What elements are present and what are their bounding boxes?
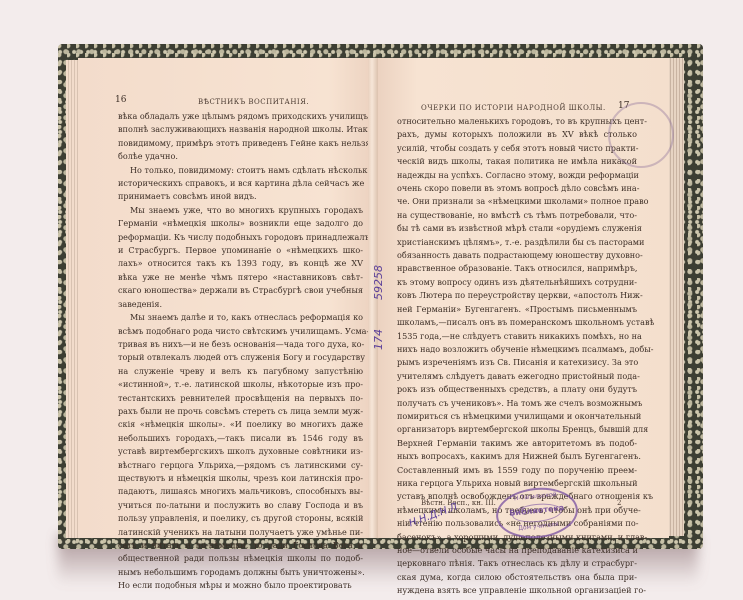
text-line: бы тѣ сами въ извѣстной мѣрѣ стали «оруд… bbox=[397, 222, 637, 235]
text-line: 1535 года,—не слѣдуетъ ставить никакихъ … bbox=[397, 330, 637, 343]
text-line: нравственное образованіе. Такъ относился… bbox=[397, 262, 637, 275]
text-line: уставѣ виртембергскихъ школъ духовные со… bbox=[118, 445, 363, 458]
text-line: обязанность давать подрастающему юношест… bbox=[397, 249, 637, 262]
text-line: Верхней Германіи такимъ же авторитетомъ … bbox=[397, 437, 637, 450]
text-line: на существованіе, но вмѣстѣ съ тѣмъ потр… bbox=[397, 209, 637, 222]
faint-round-stamp bbox=[608, 102, 674, 168]
text-line: повидимому, примѣръ этотъ приведенъ Гейн… bbox=[118, 137, 363, 150]
text-line: относительно маленькихъ городовъ, то въ … bbox=[397, 115, 637, 128]
text-line: реформаціи. Къ числу подобныхъ городовъ … bbox=[118, 231, 363, 244]
page-body-text: вѣка обладалъ уже цѣлымъ рядомъ приходск… bbox=[118, 110, 363, 593]
text-line: ская дума, когда силою обстоятельствъ он… bbox=[397, 571, 637, 584]
text-line: ника герцога Ульриха новый виртембергскі… bbox=[397, 477, 637, 490]
text-line: скаго юношества» держали въ Страсбургѣ с… bbox=[118, 284, 363, 297]
signature-number: 2 bbox=[617, 499, 621, 507]
text-line: всѣмъ подобнаго рода чисто свѣтскимъ учи… bbox=[118, 325, 363, 338]
text-line: нымъ небольшимъ городамъ должны быть уни… bbox=[118, 566, 363, 579]
text-line: церковнаго пѣнія. Такъ отнеслась къ дѣлу… bbox=[397, 557, 637, 570]
text-line: рахъ были не прочь совсѣмъ стереть съ ли… bbox=[118, 405, 363, 418]
text-line: сать и читать и по-нѣмецки, то ради Госп… bbox=[118, 539, 363, 552]
text-line: Но если подобныя мѣры и можно было проек… bbox=[118, 579, 363, 592]
text-line: вполнѣ заслуживающихъ названія народной … bbox=[118, 123, 363, 136]
text-line: общественной ради пользы нѣмецкія школы … bbox=[118, 552, 363, 565]
running-head: ВѢСТНИКЪ ВОСПИТАНІЯ. bbox=[198, 98, 309, 106]
text-line: учителямъ слѣдуетъ давать ежегодно прист… bbox=[397, 370, 637, 383]
text-line: скія «нѣмецкія школы». «И поелику во мно… bbox=[118, 418, 363, 431]
text-line: и Страсбургъ. Первое упоминаніе о «нѣмец… bbox=[118, 244, 363, 257]
text-line: ное—отвели особые часы на преподаваніе к… bbox=[397, 544, 637, 557]
text-line: тестантскихъ ревнителей просвѣщенія на п… bbox=[118, 392, 363, 405]
text-line: христіанскимъ цѣлямъ», т.-е. раздѣлили б… bbox=[397, 236, 637, 249]
text-line: рокъ изъ общественныхъ средствъ, а плату… bbox=[397, 383, 637, 396]
text-line: ныхъ вопросахъ, какимъ для Нижней былъ Б… bbox=[397, 450, 637, 463]
text-line: пользу управленія, и поелику, съ другой … bbox=[118, 512, 363, 525]
text-line: нуждена взять все управленіе школьной ор… bbox=[397, 584, 637, 597]
text-line: нихъ надо возложить обученіе нѣмецкимъ п… bbox=[397, 343, 637, 356]
text-line: ней Германіи» Бугенгагенъ. «Простымъ пис… bbox=[397, 303, 637, 316]
text-line: Германіи «нѣмецкія школы» возникли еще з… bbox=[118, 217, 363, 230]
text-line: лахъ» относится такъ къ 1393 году, въ ко… bbox=[118, 257, 363, 270]
text-line: ковъ Лютера по переустройству церкви, «а… bbox=[397, 289, 637, 302]
text-line: Мы знаемъ уже, что во многихъ крупныхъ г… bbox=[118, 204, 363, 217]
text-line: ществуютъ и нѣмецкія школы, чрезъ кои ла… bbox=[118, 472, 363, 485]
text-line: учиться по-латыни и послужить во славу Г… bbox=[118, 499, 363, 512]
text-line: Но только, повидимому: стоитъ намъ сдѣла… bbox=[118, 164, 363, 177]
margin-inventory-number: 59258 bbox=[372, 265, 385, 300]
text-line: рымъ изреченіямъ изъ Св. Писанія и катех… bbox=[397, 356, 637, 369]
text-line: заведенія. bbox=[118, 298, 363, 311]
text-line: латинскій ученикъ на латыни получаетъ уж… bbox=[118, 526, 363, 539]
text-line: «истинной», т.-е. латинской школы, нѣкот… bbox=[118, 378, 363, 391]
text-line: падаютъ, лишаясь многихъ мальчиковъ, спо… bbox=[118, 485, 363, 498]
text-line: тривая въ нихъ—и не безъ основанія—чада … bbox=[118, 338, 363, 351]
text-line: историческихъ справокъ, и вся картина дѣ… bbox=[118, 177, 363, 190]
text-line: принимаетъ совсѣмъ иной видъ. bbox=[118, 190, 363, 203]
text-line: на служеніе чреву и велъ къ пагубному за… bbox=[118, 365, 363, 378]
text-line: Составленный имъ въ 1559 году по поручен… bbox=[397, 464, 637, 477]
text-line: вѣстнаго герцога Ульриха,—рядомъ съ лати… bbox=[118, 459, 363, 472]
text-line: къ этому вопросу одинъ изъ дѣятельнѣйших… bbox=[397, 276, 637, 289]
margin-shelf-mark: 174 bbox=[372, 329, 385, 350]
text-line: очень скоро повели въ этомъ вопросѣ дѣло… bbox=[397, 182, 637, 195]
text-line: ческій видъ школы, такая политика не имѣ… bbox=[397, 155, 637, 168]
text-line: торый отвлекалъ людей отъ служенія Богу … bbox=[118, 351, 363, 364]
text-line: усилій, чтобы создать у себя этотъ новый… bbox=[397, 142, 637, 155]
text-line: надежды на успѣхъ. Согласно этому, вожди… bbox=[397, 169, 637, 182]
text-line: школамъ,—писалъ онъ въ померанскомъ школ… bbox=[397, 316, 637, 329]
page-number: 16 bbox=[115, 95, 126, 105]
text-line: вѣка уже не менѣе чѣмъ пятеро «наставник… bbox=[118, 271, 363, 284]
text-line: организаторъ виртембергской школы Бренцъ… bbox=[397, 423, 637, 436]
text-line: Мы знаемъ далѣе и то, какъ отнеслась реф… bbox=[118, 311, 363, 324]
text-line: болѣе удачно. bbox=[118, 150, 363, 163]
left-page: 16 ВѢСТНИКЪ ВОСПИТАНІЯ. вѣка обладалъ уж… bbox=[78, 58, 373, 538]
text-line: рахъ, думы которыхъ положили въ XV вѣкѣ … bbox=[397, 128, 637, 141]
text-line: небольшихъ городахъ,—такъ писали въ 1546… bbox=[118, 432, 363, 445]
signature-footer: Вѣстн. Восп., кн. III. bbox=[421, 499, 496, 507]
text-line: вѣка обладалъ уже цѣлымъ рядомъ приходск… bbox=[118, 110, 363, 123]
text-line: че. Они признали за «нѣмецкими школами» … bbox=[397, 195, 637, 208]
text-line: получать съ учениковъ». На томъ же счелъ… bbox=[397, 397, 637, 410]
text-line: помириться съ нѣмецкими училищами и окон… bbox=[397, 410, 637, 423]
running-head: ОЧЕРКИ ПО ИСТОРІИ НАРОДНОЙ ШКОЛЫ. bbox=[421, 104, 606, 112]
